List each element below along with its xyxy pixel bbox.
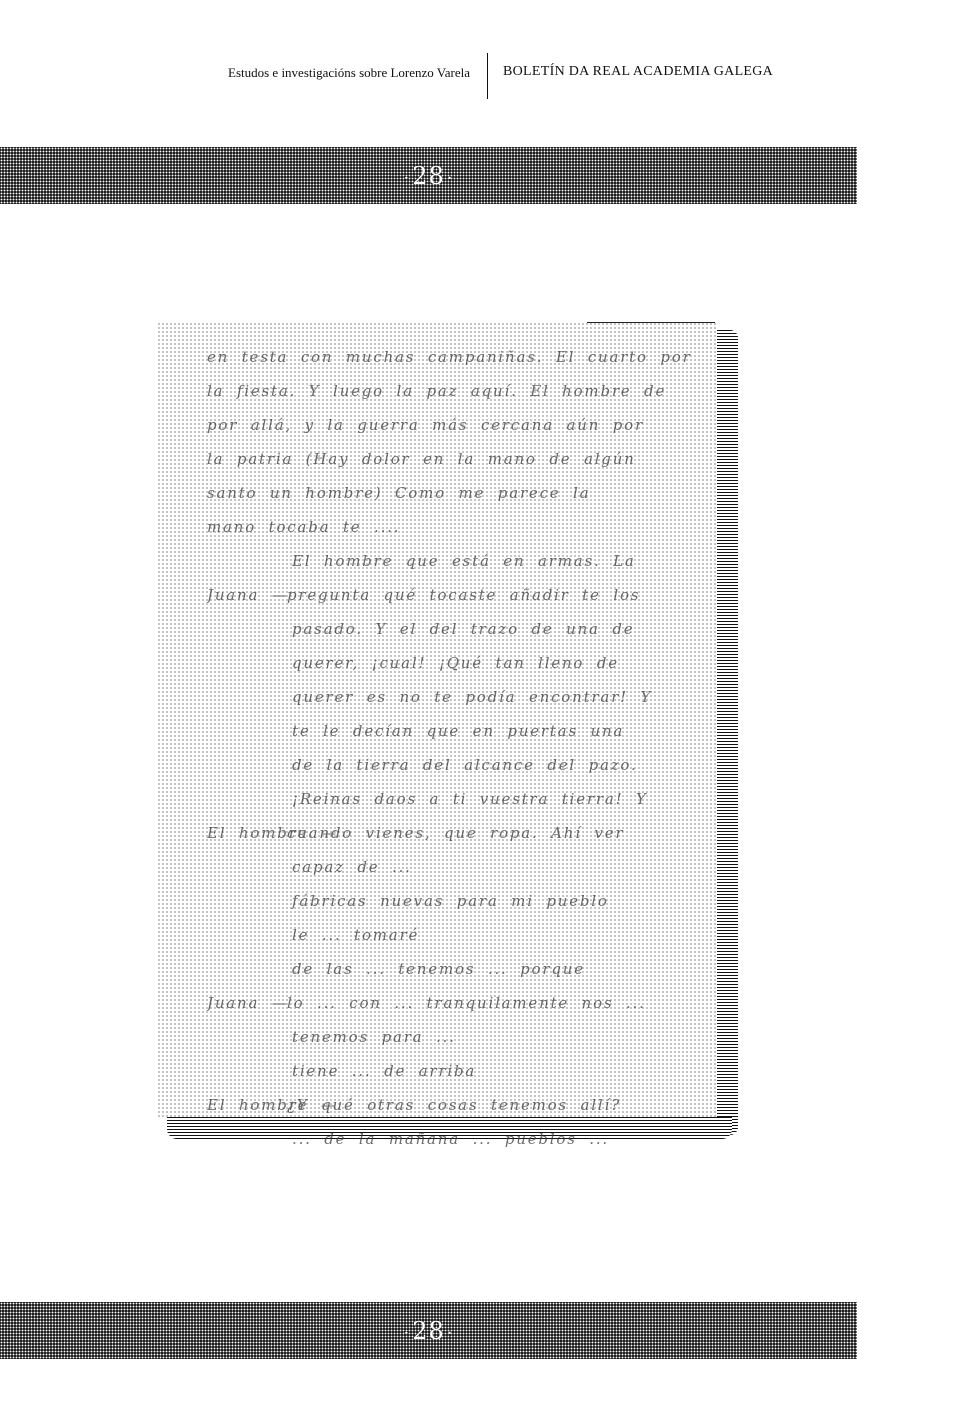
manuscript-speaker: El hombre —	[207, 816, 287, 850]
manuscript-line-text: la patria (Hay dolor en la mano de algún	[207, 450, 636, 468]
manuscript-line-text: querer es no te podía encontrar! Y	[292, 688, 652, 706]
manuscript-line: de las ... tenemos ... porque	[207, 952, 712, 986]
manuscript-line-text: El hombre que está en armas. La	[292, 552, 636, 570]
manuscript-line-text: de las ... tenemos ... porque	[292, 960, 585, 978]
manuscript-line: por allá, y la guerra más cercana aún po…	[207, 408, 712, 442]
manuscript-line: fábricas nuevas para mi pueblo	[207, 884, 712, 918]
manuscript-line-text: santo un hombre) Como me parece la	[207, 484, 590, 502]
manuscript-line: querer, ¡cual! ¡Qué tan lleno de	[207, 646, 712, 680]
manuscript-handwriting: en testa con muchas campaniñas. El cuart…	[207, 340, 712, 1156]
page-number-band-top: 28	[0, 147, 857, 204]
manuscript-line: te le decían que en puertas una	[207, 714, 712, 748]
manuscript-line: ... de la mañana ... pueblos ...	[207, 1122, 712, 1156]
manuscript-line-text: cuando vienes, que ropa. Ahí ver	[287, 824, 624, 842]
page-number-band-bottom: 28	[0, 1302, 857, 1359]
manuscript-line: santo un hombre) Como me parece la	[207, 476, 712, 510]
manuscript-line-text: le ... tomaré	[292, 926, 419, 944]
manuscript-line-text: de la tierra del alcance del pazo.	[292, 756, 638, 774]
manuscript-line: le ... tomaré	[207, 918, 712, 952]
manuscript-line-text: ... de la mañana ... pueblos ...	[292, 1130, 609, 1148]
manuscript-speaker: Juana —	[207, 986, 287, 1020]
manuscript-line: pasado. Y el del trazo de una de	[207, 612, 712, 646]
running-head-divider	[487, 53, 488, 99]
manuscript-line: Juana —lo ... con ... tranquilamente nos…	[207, 986, 712, 1020]
manuscript-line: mano tocaba te ....	[207, 510, 712, 544]
manuscript-line: de la tierra del alcance del pazo.	[207, 748, 712, 782]
manuscript-line-text: tenemos para ...	[292, 1028, 456, 1046]
manuscript-line: tenemos para ...	[207, 1020, 712, 1054]
manuscript-speaker: El hombre —	[207, 1088, 287, 1122]
manuscript-line-text: fábricas nuevas para mi pueblo	[292, 892, 609, 910]
manuscript-line-text: pasado. Y el del trazo de una de	[292, 620, 634, 638]
manuscript-line: querer es no te podía encontrar! Y	[207, 680, 712, 714]
manuscript-line: tiene ... de arriba	[207, 1054, 712, 1088]
manuscript-line: la fiesta. Y luego la paz aquí. El hombr…	[207, 374, 712, 408]
manuscript-line-text: en testa con muchas campaniñas. El cuart…	[207, 348, 692, 366]
manuscript-line-text: ¿Y qué otras cosas tenemos allí?	[287, 1096, 621, 1114]
manuscript-line: El hombre que está en armas. La	[207, 544, 712, 578]
manuscript-line: El hombre —¿Y qué otras cosas tenemos al…	[207, 1088, 712, 1122]
manuscript-shadow-right	[716, 330, 738, 1135]
manuscript-line: capaz de ...	[207, 850, 712, 884]
manuscript-line-text: la fiesta. Y luego la paz aquí. El hombr…	[207, 382, 666, 400]
manuscript-top-rule	[587, 322, 715, 323]
manuscript-line: ¡Reinas daos a ti vuestra tierra! Y	[207, 782, 712, 816]
page-number-bottom: 28	[401, 1317, 455, 1345]
manuscript-line: la patria (Hay dolor en la mano de algún	[207, 442, 712, 476]
manuscript-line-text: mano tocaba te ....	[207, 518, 400, 536]
manuscript-line: Juana —pregunta qué tocaste añadir te lo…	[207, 578, 712, 612]
manuscript-line: en testa con muchas campaniñas. El cuart…	[207, 340, 712, 374]
manuscript-line-text: ¡Reinas daos a ti vuestra tierra! Y	[292, 790, 648, 808]
page-number-top: 28	[401, 162, 455, 190]
manuscript-line-text: tiene ... de arriba	[292, 1062, 476, 1080]
manuscript-line-text: querer, ¡cual! ¡Qué tan lleno de	[292, 654, 619, 672]
manuscript-line-text: capaz de ...	[292, 858, 412, 876]
manuscript-page: en testa con muchas campaniñas. El cuart…	[157, 322, 717, 1117]
manuscript-line-text: lo ... con ... tranquilamente nos ...	[287, 994, 646, 1012]
manuscript-line-text: por allá, y la guerra más cercana aún po…	[207, 416, 644, 434]
manuscript-line-text: pregunta qué tocaste añadir te los	[287, 586, 640, 604]
manuscript-speaker: Juana —	[207, 578, 287, 612]
running-head-journal-title: BOLETÍN DA REAL ACADEMIA GALEGA	[503, 64, 773, 80]
manuscript-line-text: te le decían que en puertas una	[292, 722, 624, 740]
manuscript-facsimile: en testa con muchas campaniñas. El cuart…	[157, 322, 739, 1140]
manuscript-line: El hombre —cuando vienes, que ropa. Ahí …	[207, 816, 712, 850]
running-head-section-title: Estudos e investigacións sobre Lorenzo V…	[228, 65, 470, 81]
running-head: Estudos e investigacións sobre Lorenzo V…	[0, 53, 975, 99]
